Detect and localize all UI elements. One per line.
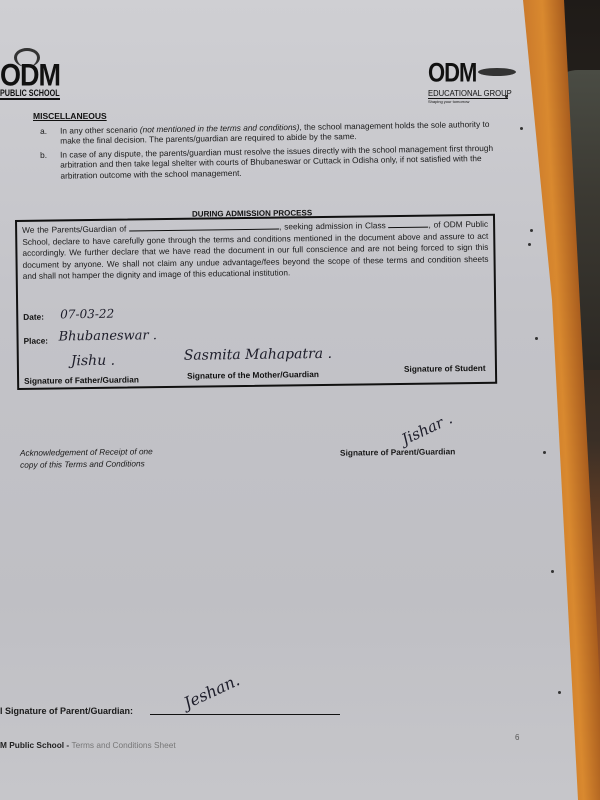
logo-subtitle: PUBLIC SCHOOL xyxy=(0,88,60,100)
odm-educational-group-logo: ODM EDUCATIONAL GROUP Shaping your tomor… xyxy=(428,60,518,104)
acknowledgement-line: copy of this Terms and Conditions xyxy=(20,458,153,471)
clause-text: In case of any dispute, the parents/guar… xyxy=(60,143,510,181)
place-value: Bhubaneswar . xyxy=(58,328,157,344)
place-label: Place: xyxy=(24,336,49,346)
declaration-text: We the Parents/Guardian of xyxy=(22,224,126,235)
punch-hole-mark xyxy=(535,337,538,340)
declaration-text: , seeking admission in Class xyxy=(279,220,386,231)
father-signature-label: Signature of Father/Guardian xyxy=(24,374,139,386)
mother-signature: Sasmita Mahapatra . xyxy=(184,346,332,364)
clause-marker: b. xyxy=(40,150,47,160)
student-signature-label: Signature of Student xyxy=(404,363,486,374)
parent-signature: Jishar . xyxy=(399,409,455,448)
final-parent-signature: Jeshan. xyxy=(181,670,243,712)
punch-hole-mark xyxy=(543,451,546,454)
punch-hole-mark xyxy=(520,127,523,130)
clause-b: b. In case of any dispute, the parents/g… xyxy=(40,143,510,181)
punch-hole-mark xyxy=(530,229,533,232)
acknowledgement-text: Acknowledgement of Receipt of one copy o… xyxy=(20,446,153,471)
class-blank xyxy=(389,227,429,229)
logo-name: ODM xyxy=(0,60,75,90)
logo-tagline: Shaping your tomorrow xyxy=(428,98,508,104)
mother-signature-label: Signature of the Mother/Guardian xyxy=(187,369,319,381)
punch-hole-mark xyxy=(551,570,554,573)
odm-public-school-logo: ODM PUBLIC SCHOOL xyxy=(0,62,75,100)
clause-marker: a. xyxy=(40,126,47,136)
clause-a: a. In any other scenario (not mentioned … xyxy=(40,119,510,147)
clause-text: In any other scenario (not mentioned in … xyxy=(60,119,510,147)
date-label: Date: xyxy=(23,312,44,322)
acknowledgement-line: Acknowledgement of Receipt of one xyxy=(20,446,153,459)
footer-sheet-title: Terms and Conditions Sheet xyxy=(71,740,175,750)
date-value: 07-03-22 xyxy=(60,307,114,322)
declaration-paragraph: We the Parents/Guardian of , seeking adm… xyxy=(22,219,489,283)
signature-line xyxy=(150,714,340,715)
airplane-icon xyxy=(478,68,516,76)
parent-signature-label: Signature of Parent/Guardian xyxy=(340,446,455,457)
document-page: ODM PUBLIC SCHOOL ODM EDUCATIONAL GROUP … xyxy=(0,0,600,800)
footer-school: M Public School xyxy=(0,740,64,750)
section-heading: MISCELLANEOUS xyxy=(33,111,107,121)
final-signature-label: l Signature of Parent/Guardian: xyxy=(0,706,133,716)
page-footer: M Public School - Terms and Conditions S… xyxy=(0,740,176,750)
punch-hole-mark xyxy=(558,691,561,694)
logo-subtitle: EDUCATIONAL GROUP xyxy=(428,88,509,98)
punch-hole-mark xyxy=(528,243,531,246)
father-signature: Jishu . xyxy=(71,353,115,370)
page-number: 6 xyxy=(515,733,519,742)
declaration-box: We the Parents/Guardian of , seeking adm… xyxy=(15,214,497,390)
child-name-blank xyxy=(129,229,279,232)
